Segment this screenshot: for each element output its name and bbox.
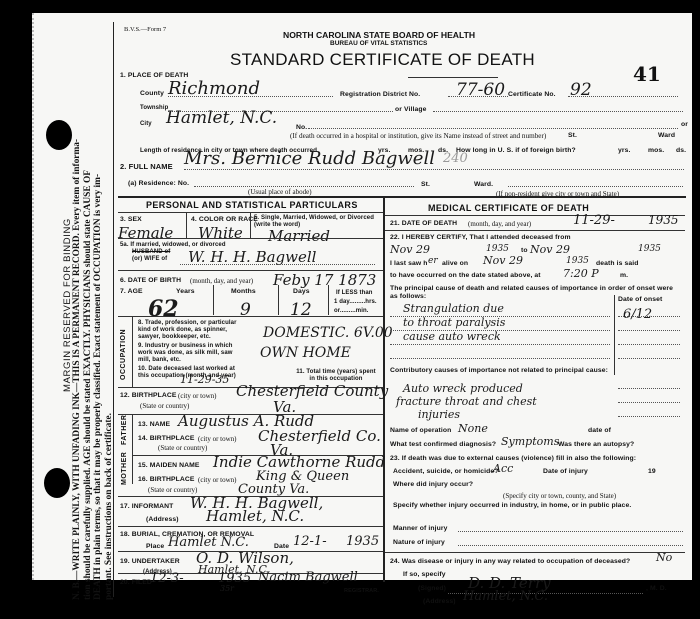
- burial-year-value[interactable]: 1935: [346, 534, 379, 549]
- filed-date-value[interactable]: 12-3-: [150, 571, 184, 586]
- last-worked-value[interactable]: 11-29-35: [180, 373, 229, 386]
- dob-value[interactable]: Feby 17 1873: [273, 271, 376, 289]
- date-of-death-year[interactable]: 1935: [648, 213, 679, 227]
- page-number: 41: [633, 62, 661, 86]
- certificate-number-value[interactable]: 92: [570, 80, 592, 100]
- form-id: B.V.S.—Form 7: [124, 26, 166, 33]
- board-name: NORTH CAROLINA STATE BOARD OF HEALTH: [283, 30, 475, 40]
- personal-section-title: PERSONAL AND STATISTICAL PARTICULARS: [146, 200, 358, 210]
- full-name-value[interactable]: Mrs. Bernice Rudd Bagwell: [184, 148, 435, 169]
- cause-line-2[interactable]: to throat paralysis: [403, 316, 505, 329]
- contributory-line-3[interactable]: injuries: [418, 408, 460, 421]
- page-title: STANDARD CERTIFICATE OF DEATH: [230, 50, 535, 70]
- marital-status-value[interactable]: Married: [268, 227, 330, 245]
- birthplace-city-value[interactable]: Chesterfield County: [236, 382, 388, 400]
- physician-address[interactable]: Hamlet, N.C.: [463, 589, 548, 604]
- occupation-side-label: OCCUPATION: [120, 329, 127, 380]
- margin-rule: [113, 22, 114, 597]
- mother-side-label: MOTHER: [121, 452, 128, 485]
- informant-address-value[interactable]: Hamlet, N.C.: [206, 507, 304, 525]
- test-value[interactable]: Symptoms: [501, 435, 559, 448]
- cause-line-3[interactable]: cause auto wreck: [403, 330, 501, 343]
- contributory-line-1[interactable]: Auto wreck produced: [403, 382, 523, 395]
- registrar-signature[interactable]: Nacim Bagwell: [258, 570, 358, 585]
- full-name-annotation: 240: [443, 151, 468, 166]
- age-months-value[interactable]: 9: [240, 300, 251, 320]
- age-years-value[interactable]: 62: [148, 296, 179, 322]
- margin-instructions: N. B.—WRITE PLAINLY, WITH UNFADING INK—T…: [72, 10, 114, 600]
- trade-value[interactable]: DOMESTIC. 6V.00: [263, 325, 393, 341]
- race-value[interactable]: White: [198, 224, 243, 242]
- last-saw-value[interactable]: Nov 29: [483, 254, 523, 267]
- cause-line-1[interactable]: Strangulation due: [403, 302, 504, 315]
- registration-district-value[interactable]: 77-60: [456, 80, 505, 100]
- burial-date-value[interactable]: 12-1-: [293, 534, 327, 549]
- accident-value[interactable]: Acc: [493, 462, 513, 475]
- attended-from-value[interactable]: Nov 29: [390, 243, 430, 256]
- sex-value[interactable]: Female: [118, 224, 173, 242]
- industry-value[interactable]: OWN HOME: [260, 345, 351, 361]
- contributory-line-2[interactable]: fracture throat and chest: [396, 395, 537, 408]
- burial-place-value[interactable]: Hamlet N.C.: [168, 535, 249, 550]
- attended-to-value[interactable]: Nov 29: [530, 243, 570, 256]
- time-of-death-value[interactable]: 7:20 P: [563, 267, 599, 280]
- date-of-death-value[interactable]: 11-29-: [573, 213, 615, 228]
- medical-section-title: MEDICAL CERTIFICATE OF DEATH: [428, 203, 589, 213]
- father-side-label: FATHER: [121, 415, 128, 445]
- filed-annotation: 35r: [220, 584, 234, 593]
- bureau-name: BUREAU OF VITAL STATISTICS: [330, 40, 427, 47]
- age-days-value[interactable]: 12: [290, 300, 312, 320]
- city-value[interactable]: Hamlet, N.C.: [166, 108, 277, 128]
- onset-value[interactable]: 6/12: [623, 307, 652, 322]
- occupation-related-value[interactable]: No: [656, 551, 672, 564]
- operation-value[interactable]: None: [458, 422, 488, 435]
